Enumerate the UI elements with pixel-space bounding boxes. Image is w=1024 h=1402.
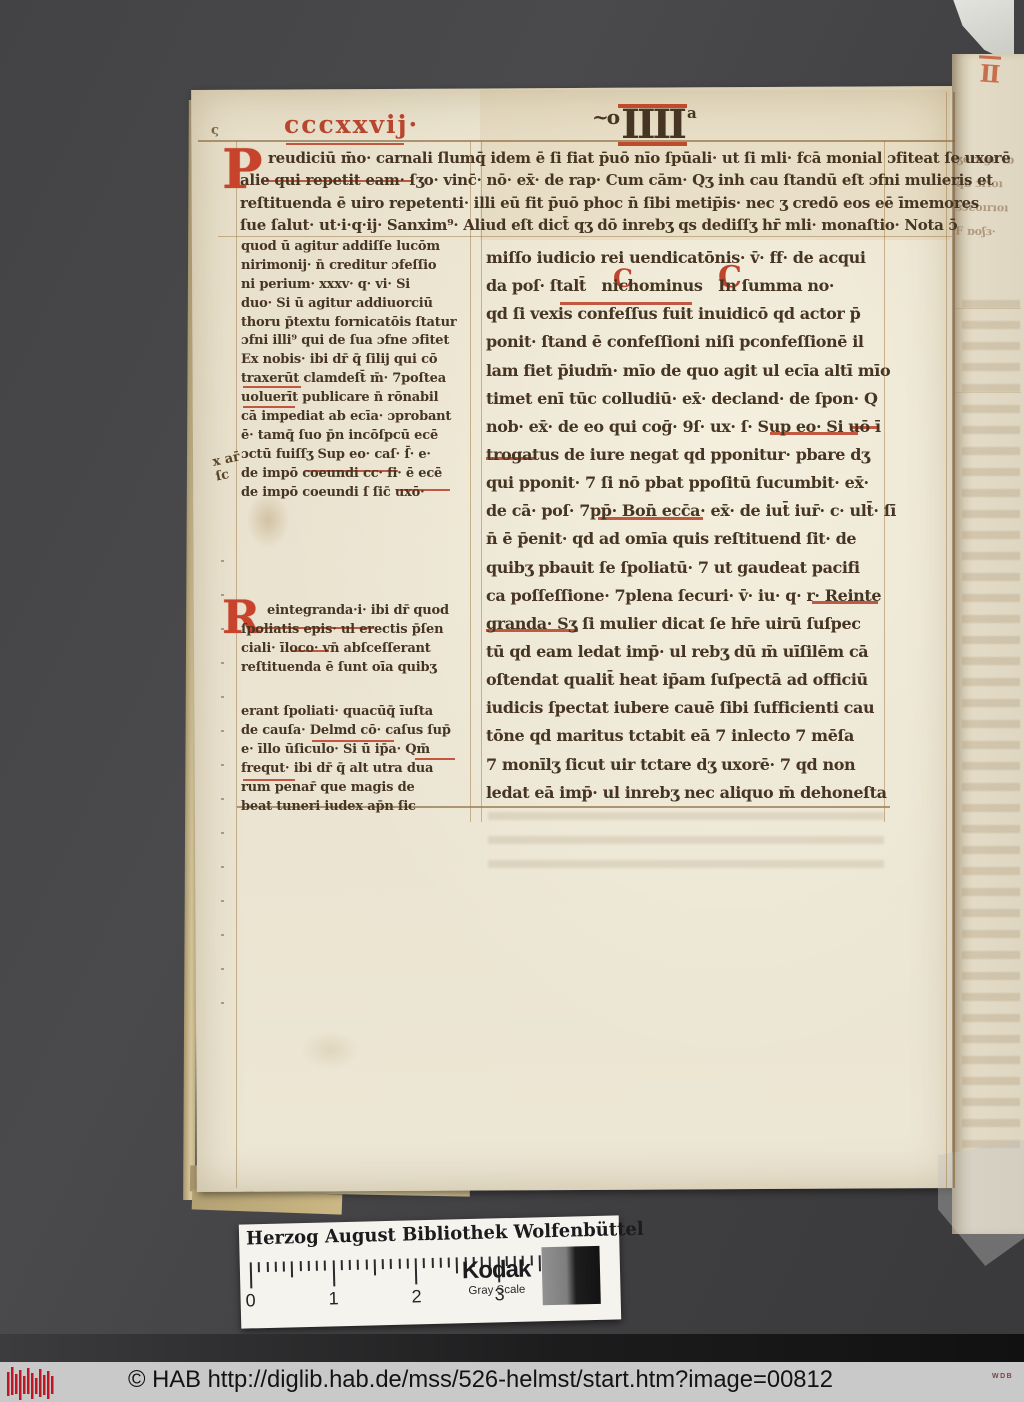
- red-underline: [286, 143, 404, 145]
- ruler-tick: [291, 1261, 293, 1277]
- manuscript-text-line: F ɒoʃɜ·: [955, 219, 1019, 244]
- margin-note: x ar̄ ſc: [211, 449, 244, 484]
- manuscript-text-line: ſue ſalut· ut·i·q·ij· Sanxim⁹· Aliud eſt…: [240, 214, 956, 236]
- ruler-tick: [365, 1260, 367, 1270]
- manuscript-text-line: qui pponit· 7 ſi nō pbat ppoſitū ſucumbi…: [486, 469, 888, 497]
- ruling-line: [481, 140, 482, 822]
- ruler-number: 2: [411, 1286, 422, 1307]
- manuscript-text-line: ponit· ſtand ē confeſſioni niſi pconfeſſ…: [486, 328, 888, 356]
- manuscript-text-line: ſpoliatis epis· ul erectis p̄ſen: [241, 620, 473, 639]
- page-gutter-edge: [953, 92, 955, 1188]
- ruling-line: [946, 92, 947, 1188]
- manuscript-text-line: ɔfni illi⁹ qui de ſua ɔfne ɔfitet: [241, 332, 473, 351]
- manuscript-text-line: reſtituenda ē uiro repetenti· illi eū fi…: [240, 192, 956, 214]
- ruler-tick: [390, 1259, 392, 1269]
- manuscript-text-line: ciali· īloco· vn̄ abſceſſerant: [241, 639, 473, 658]
- manuscript-text-line: iudicis ſpectat iubere cauē ſibi ſuffici…: [486, 694, 888, 722]
- manuscript-text-line: Ex nobis· ibi dr̄ q̄ ſilij qui cō: [241, 351, 473, 370]
- manuscript-text-line: trogatus de iure negat qd pponitur· pbar…: [486, 441, 888, 469]
- manuscript-text-line: da poſ· ſtalt̄ nichominus In ſumma no·: [486, 272, 888, 300]
- left-column-block-3: erant ſpoliati· quacūq̄ īuſtade cauſa· D…: [241, 702, 473, 816]
- facing-page-ghost-text: [962, 300, 1020, 1160]
- facing-folio-numeral: II: [977, 55, 1002, 88]
- manuscript-text-line: granda· Sʒ ſi mulier dicat ſe hr̄e uirū …: [486, 610, 888, 638]
- plexiglass-corner: [938, 1140, 1024, 1266]
- manuscript-text-line: traxerūt clamdeſt̄ m̄· 7poſtea: [241, 370, 473, 389]
- ruler-tick: [316, 1261, 318, 1271]
- manuscript-text-line: reudiciū m̄o· carnali ſlumq̄ idem ē ſi f…: [240, 147, 956, 169]
- quire-suffix: a: [687, 104, 697, 122]
- manuscript-text-line: tōne qd maritus tctabit eā 7 inlecto 7 m…: [486, 722, 888, 750]
- ruler-tick: [357, 1260, 359, 1270]
- manuscript-text-line: qd ſi vexis confeſſus fuit inuidicō qd a…: [486, 300, 888, 328]
- card-title: Herzog August Bibliothek Wolfenbüttel: [246, 1220, 603, 1250]
- right-column-text: miſſo iudicio rei uendicatōnis· v̄· ff· …: [486, 244, 888, 807]
- ruler-tick: [431, 1258, 433, 1268]
- ruler-tick: [332, 1260, 335, 1286]
- margin-signature-mark: ς: [211, 123, 219, 138]
- manuscript-text-line: tū qd eam ledat imp̄· ul rebʒ dū m̄ uīſi…: [486, 638, 888, 666]
- ruler-tick: [415, 1258, 418, 1284]
- ruler-tick: [349, 1260, 351, 1270]
- ruler-tick: [456, 1257, 458, 1273]
- manuscript-text-line: ē· tamq̄ ſuo p̄n incōſpcū ecē: [241, 427, 473, 446]
- manuscript-text-line: ni perium· xxxv· q· vi· Si: [241, 276, 473, 295]
- digitized-manuscript-photo: II ʒeruga ıbqь ɜrıoıɜɔɛoırıoıF ɒoʃɜ· ccc…: [0, 0, 1024, 1402]
- top-text-block: reudiciū m̄o· carnali ſlumq̄ idem ē ſi f…: [240, 147, 956, 237]
- ruler-tick: [274, 1262, 276, 1272]
- ruler-tick: [382, 1259, 384, 1269]
- ruler-tick: [423, 1258, 425, 1268]
- kodak-grayscale-card: Herzog August Bibliothek Wolfenbüttel 01…: [239, 1215, 621, 1328]
- manuscript-text-line: de cauſa· Delmd cō· caſus ſup̄: [241, 721, 473, 740]
- manuscript-text-line: ledat eā imp̄· ul inrebʒ nec aliquo m̄ d…: [486, 779, 888, 807]
- copyright-line: © HAB http://diglib.hab.de/mss/526-helms…: [128, 1366, 833, 1394]
- manuscript-text-line: nirimonij· n̄ creditur ɔfeſſio: [241, 257, 473, 276]
- left-column-block-2: eintegranda·i· ibi dr̄ quodſpoliatis epi…: [241, 601, 473, 677]
- ruler-number: 0: [245, 1290, 256, 1311]
- text-show-through: [488, 812, 884, 870]
- ruler-number: 1: [328, 1288, 339, 1309]
- ruler-tick: [373, 1259, 375, 1275]
- kodak-brand: Kodak: [462, 1256, 531, 1286]
- ruling-line: [198, 140, 955, 142]
- manuscript-text-line: reſtituenda ē ſunt oīa quibʒ: [241, 658, 473, 677]
- left-column-block-1: quod ū agitur addiſſe lucōmnirimonij· n̄…: [241, 238, 473, 502]
- manuscript-text-line: alie qui repetit eam· ſʒo· vinc̄· nō· ex…: [240, 169, 956, 191]
- ruling-line: [955, 392, 1021, 393]
- manuscript-text-line: rum penar̄ que magis de: [241, 778, 473, 797]
- manuscript-text-line: frequt· ibi dr̄ q̄ alt utra dua: [241, 759, 473, 778]
- manuscript-text-line: ɔctū fuiſſʒ Sup eo· caſ· ſ̄· e·: [241, 446, 473, 465]
- ruler-tick: [299, 1261, 301, 1271]
- quire-numeral-glyph: IIII: [618, 104, 687, 146]
- manuscript-text-line: nob· ex̄· de eo qui coḡ· 9ſ· ux· ſ· Sup …: [486, 413, 888, 441]
- ruler-tick: [250, 1262, 253, 1288]
- ruler-tick: [266, 1262, 268, 1272]
- manuscript-text-line: de impō coeundi ſ ſic̄ uxō·: [241, 484, 473, 503]
- manuscript-text-line: duo· Si ū agitur addiuorciū: [241, 295, 473, 314]
- manuscript-text-line: ca poſſeſſione· 7plena ſecuri· v̄· iu· q…: [486, 582, 888, 610]
- manuscript-text-line: de impō coeundi cc· fi· ē ecē: [241, 465, 473, 484]
- ruler-tick: [398, 1259, 400, 1269]
- manuscript-text-line: oſtendat qualit̄ heat ip̄am ſuſpectā ad …: [486, 666, 888, 694]
- folio-number: cccxxvij·: [284, 110, 419, 139]
- parchment-stain: [300, 1030, 360, 1070]
- quire-numeral: ~oIIIIa: [592, 104, 697, 146]
- ruler-tick: [439, 1258, 441, 1268]
- ruler-tick: [448, 1258, 450, 1268]
- ruler-tick: [340, 1260, 342, 1270]
- manuscript-text-line: e· īllo ūſiculo· Si ū ip̄a· Qm̄: [241, 740, 473, 759]
- wdb-corner-mark: WDB: [992, 1373, 1013, 1380]
- manuscript-text-line: 7 monīlʒ ſicut uir tctare dʒ uxorē· 7 qd…: [486, 751, 888, 779]
- manuscript-text-line: thoru p̄textu fornicatōis ſtatur: [241, 314, 473, 333]
- manuscript-text-line: miſſo iudicio rei uendicatōnis· v̄· ff· …: [486, 244, 888, 272]
- manuscript-text-line: cā impediat ab ecīa· ɔprobant: [241, 408, 473, 427]
- ruler-tick: [324, 1261, 326, 1271]
- manuscript-text-line: quibʒ pbauit ſe ſpoliatū· 7 ut gaudeat p…: [486, 554, 888, 582]
- manuscript-text-line: timet enī tūc colludiū· ex̄· decland· de…: [486, 385, 888, 413]
- footer-bar: © HAB http://diglib.hab.de/mss/526-helms…: [0, 1362, 1024, 1402]
- registration-barcode-icon: [6, 1364, 60, 1402]
- ruling-line: [236, 140, 237, 1188]
- ruling-line: [955, 308, 1021, 309]
- ruler: 01234: [250, 1254, 583, 1320]
- manuscript-text-line: n̄ ē p̄enit· qd ad omīa quis reſtituend …: [486, 525, 888, 553]
- footer-dark-band: [0, 1334, 1024, 1362]
- manuscript-text-line: quod ū agitur addiſſe lucōm: [241, 238, 473, 257]
- kodak-gray-scale-label: Gray Scale: [468, 1284, 525, 1297]
- manuscript-text-line: beat tuneri iudex ap̄n ſic: [241, 797, 473, 816]
- manuscript-text-line: uoluerīt publicare n̄ rōnabil: [241, 389, 473, 408]
- ruler-tick: [538, 1255, 540, 1271]
- ruler-tick: [307, 1261, 309, 1271]
- ruler-tick: [258, 1262, 260, 1272]
- manuscript-text-line: erant ſpoliati· quacūq̄ īuſta: [241, 702, 473, 721]
- leaf-edge-bottom-2: [192, 1189, 343, 1214]
- ruler-tick: [406, 1259, 408, 1269]
- manuscript-text-line: lam fiet p̄iudm̄· mīo de quo agit ul ecī…: [486, 357, 888, 385]
- ruler-tick: [283, 1262, 285, 1272]
- quire-flourish: ~o: [592, 105, 618, 129]
- manuscript-text-line: de cā· poſ· 7pp̄· Bon̄ ecc̄a· ex̄· de iu…: [486, 497, 888, 525]
- ruler-tick: [530, 1255, 532, 1265]
- manuscript-text-line: eintegranda·i· ibi dr̄ quod: [241, 601, 473, 620]
- gray-scale-patch: [541, 1246, 600, 1305]
